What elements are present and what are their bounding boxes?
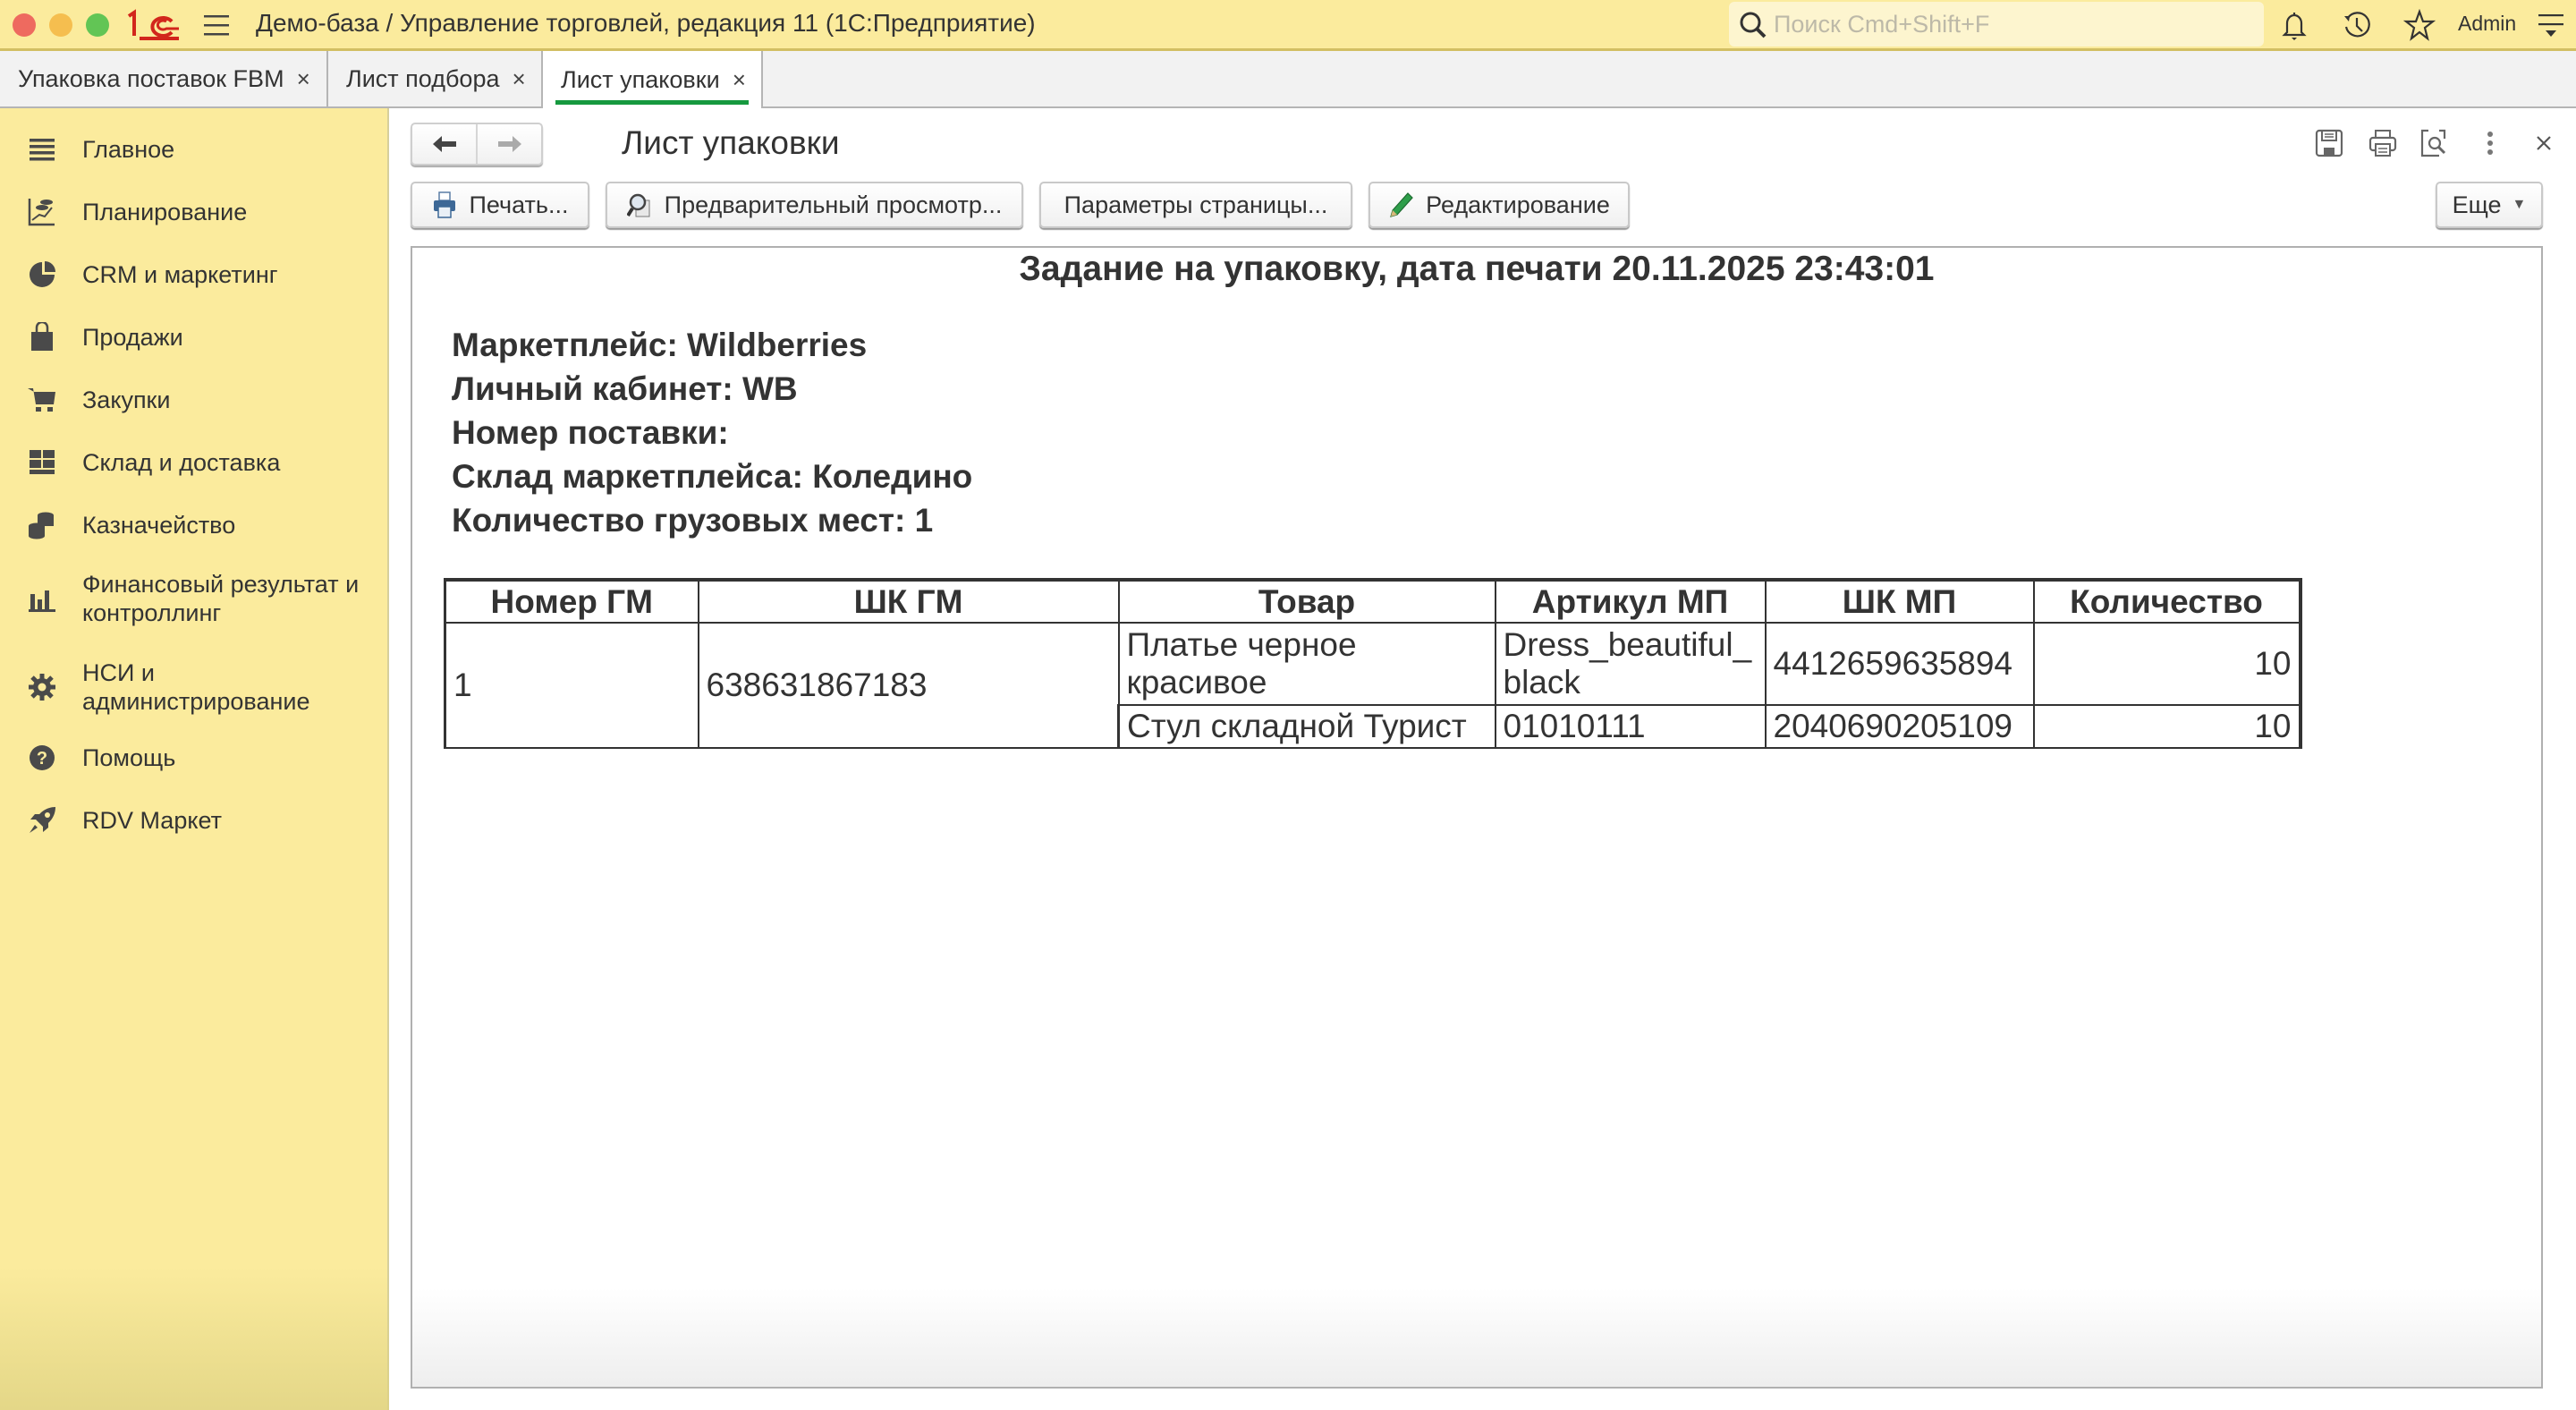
col-header-article: Артикул МП [1496,580,1766,623]
report-title: Задание на упаковку, дата печати 20.11.2… [412,250,2541,289]
cell-article: Dress_beautiful_black [1496,623,1766,705]
warehouse-grid-icon [27,447,57,478]
close-tab-icon[interactable]: × [512,65,525,93]
svg-text:?: ? [37,749,47,769]
sidebar-item-main[interactable]: Главное [0,123,387,176]
cell-mp-barcode: 4412659635894 [1766,623,2034,705]
rocket-icon [27,805,57,836]
report-document[interactable]: Задание на упаковку, дата печати 20.11.2… [411,246,2543,1389]
sidebar-item-warehouse[interactable]: Склад и доставка [0,436,387,489]
table-row: 1 638631867183 Платье черное красивое Dr… [445,623,2301,705]
edit-button[interactable]: Редактирование [1368,182,1630,228]
help-icon: ? [27,743,57,773]
user-name[interactable]: Admin [2458,12,2516,36]
pencil-icon [1388,191,1413,218]
tab-packing-list[interactable]: Лист упаковки × [543,51,763,108]
close-form-icon[interactable] [2529,128,2559,158]
gear-icon [27,672,57,702]
sidebar-item-label: НСИ и администрирование [82,658,377,716]
sidebar-item-treasury[interactable]: Казначейство [0,498,387,552]
cell-quantity: 10 [2034,705,2301,748]
cargo-count-line: Количество грузовых мест: 1 [452,502,933,539]
page-setup-button[interactable]: Параметры страницы... [1039,182,1352,228]
back-button[interactable] [412,124,478,164]
search-box[interactable] [1729,2,2264,47]
shopping-bag-icon [27,322,57,352]
sidebar-item-label: Финансовый результат и контроллинг [82,570,377,627]
sidebar-item-rdv-market[interactable]: RDV Маркет [0,794,387,847]
preview-button[interactable]: Предварительный просмотр... [606,182,1023,228]
history-icon[interactable] [2341,9,2373,41]
forward-button[interactable] [478,124,541,164]
sidebar: Главное Планирование CRM и маркетинг Про… [0,108,389,1410]
col-header-quantity: Количество [2034,580,2301,623]
sidebar-item-label: Закупки [82,386,377,414]
sidebar-item-label: CRM и маркетинг [82,260,377,289]
sidebar-item-planning[interactable]: Планирование [0,185,387,239]
coins-icon [27,510,57,540]
col-header-gm-number: Номер ГМ [445,580,699,623]
print-icon[interactable] [2368,128,2398,158]
search-input[interactable] [1774,2,2248,47]
app-title: Демо-база / Управление торговлей, редакц… [256,9,1036,38]
sidebar-item-crm[interactable]: CRM и маркетинг [0,248,387,302]
save-icon[interactable] [2314,128,2344,158]
tab-label: Лист подбора [346,65,499,93]
bell-icon[interactable] [2278,9,2310,41]
sidebar-item-admin[interactable]: НСИ и администрирование [0,650,387,725]
form-area: Лист упаковки Печать... Предварительный … [391,108,2576,1410]
sidebar-item-label: Продажи [82,323,377,352]
print-button[interactable]: Печать... [411,182,589,228]
packing-table: Номер ГМ ШК ГМ Товар Артикул МП ШК МП Ко… [444,578,2302,749]
col-header-product: Товар [1119,580,1496,623]
more-button-label: Еще [2453,191,2502,219]
main-menu-icon[interactable] [202,13,231,38]
close-window-button[interactable] [13,13,36,37]
minimize-window-button[interactable] [49,13,72,37]
printer-icon [432,191,457,218]
magnifier-doc-icon [627,191,652,218]
col-header-mp-barcode: ШК МП [1766,580,2034,623]
tab-picking-list[interactable]: Лист подбора × [328,51,543,106]
close-tab-icon[interactable]: × [297,65,310,93]
sidebar-item-label: RDV Маркет [82,806,377,835]
1c-logo-icon [125,9,181,41]
cell-article: 01010111 [1496,705,1766,748]
report-fade [412,1288,2541,1387]
menu-icon[interactable] [2535,9,2567,41]
tab-label: Лист упаковки [561,66,720,94]
cell-mp-barcode: 2040690205109 [1766,705,2034,748]
cell-gm-barcode: 638631867183 [699,623,1119,748]
pie-chart-icon [27,259,57,290]
history-nav [411,123,543,166]
tab-bar: Упаковка поставок FBM × Лист подбора × Л… [0,51,2576,108]
cell-quantity: 10 [2034,623,2301,705]
print-button-label: Печать... [470,191,569,219]
sidebar-item-help[interactable]: ? Помощь [0,731,387,785]
edit-button-label: Редактирование [1426,191,1610,219]
cart-icon [27,385,57,415]
star-icon[interactable] [2403,9,2436,41]
sidebar-item-label: Склад и доставка [82,448,377,477]
bar-chart-icon [27,583,57,614]
tab-fbm-packing[interactable]: Упаковка поставок FBM × [0,51,328,106]
maximize-window-button[interactable] [86,13,109,37]
page-setup-button-label: Параметры страницы... [1064,191,1328,219]
active-tab-indicator [555,100,749,105]
col-header-gm-barcode: ШК ГМ [699,580,1119,623]
tab-label: Упаковка поставок FBM [18,65,284,93]
more-button[interactable]: Еще ▼ [2436,182,2543,228]
chevron-down-icon: ▼ [2512,197,2527,213]
planning-chart-icon [27,197,57,227]
sidebar-item-purchases[interactable]: Закупки [0,373,387,427]
sidebar-item-label: Помощь [82,743,377,772]
search-icon [1738,10,1768,40]
shipment-number-line: Номер поставки: [452,414,729,452]
sidebar-item-sales[interactable]: Продажи [0,310,387,364]
preview-button-label: Предварительный просмотр... [665,191,1003,219]
account-line: Личный кабинет: WB [452,370,798,408]
marketplace-warehouse-line: Склад маркетплейса: Коледино [452,458,972,496]
more-vertical-icon[interactable] [2475,128,2505,158]
preview-icon[interactable] [2419,128,2450,158]
page-title: Лист упаковки [622,124,839,162]
arrow-right-icon [496,134,523,154]
cell-gm-number: 1 [445,623,699,748]
sidebar-item-financial-result[interactable]: Финансовый результат и контроллинг [0,561,387,636]
sidebar-item-label: Планирование [82,198,377,226]
cell-product: Платье черное красивое [1119,623,1496,705]
sidebar-item-label: Главное [82,135,377,164]
sidebar-item-label: Казначейство [82,511,377,539]
arrow-left-icon [431,134,458,154]
sidebar-shade [0,1267,389,1410]
title-bar: Демо-база / Управление торговлей, редакц… [0,0,2576,51]
list-icon [27,134,57,165]
cell-product: Стул складной Турист [1119,705,1496,748]
close-tab-icon[interactable]: × [733,66,746,94]
marketplace-line: Маркетплейс: Wildberries [452,327,867,364]
table-header-row: Номер ГМ ШК ГМ Товар Артикул МП ШК МП Ко… [445,580,2301,623]
